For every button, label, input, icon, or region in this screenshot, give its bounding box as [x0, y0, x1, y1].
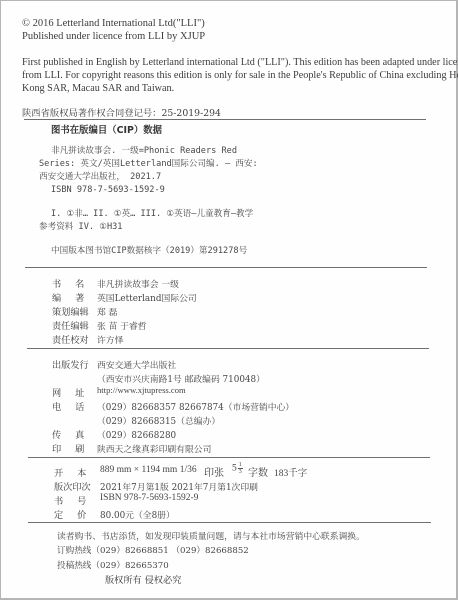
publisher-address: （西安市兴庆南路1号 邮政编码 710048） [97, 372, 265, 385]
cip-record-number: 中国版本图书馆CIP数据核字（2019）第291278号 [51, 245, 247, 258]
format-value: 889 mm × 1194 mm 1/36 [100, 465, 197, 475]
sheets-whole: 5 [232, 464, 237, 474]
publisher-label: 出版发行 [52, 357, 89, 371]
credit-value-title: 非凡拼读故事会 一级 [97, 277, 179, 290]
cip-heading: 图书在版编目（CIP）数据 [51, 122, 162, 136]
edition-value: 2021年7月第1版 2021年7月第1次印刷 [100, 480, 258, 493]
credit-value-proofreader: 许方怿 [97, 333, 123, 346]
publisher-name: 西安交通大学出版社 [97, 358, 176, 371]
cip-isbn: ISBN 978-7-5693-1592-9 [51, 184, 165, 197]
divider [27, 348, 429, 349]
rights-reserved: 版权所有 侵权必究 [105, 572, 181, 586]
credit-value-planning-editor: 郑 磊 [97, 305, 117, 318]
price-label: 定价 [54, 507, 100, 521]
printer-name: 陕西天之缘真彩印刷有限公司 [97, 442, 211, 455]
credit-label-planning-editor: 策划编辑 [52, 304, 89, 318]
copyright-line: © 2016 Letterland International Ltd("LLI… [22, 17, 205, 30]
divider [28, 457, 430, 458]
copyright-page: © 2016 Letterland International Ltd("LLI… [0, 0, 458, 600]
fax-label: 传真 [52, 427, 98, 441]
credit-label-author: 编著 [52, 290, 98, 304]
cip-line: 非凡拼读故事会. 一级=Phonic Readers Red [51, 145, 237, 158]
sheets-label: 印张 [204, 464, 224, 479]
publisher-licence-line: Published under licence from LLI by XJUP [22, 30, 205, 43]
isbn-label: 书号 [54, 493, 100, 507]
word-count-value: 183千字 [274, 465, 307, 479]
license-notice-line-3: Kong SAR, Macau SAR and Taiwan. [22, 82, 174, 95]
cip-line: Series: 英文/英国Letterland国际公司编. — 西安: [39, 158, 258, 171]
divider [28, 522, 431, 523]
license-notice-line-1: First published in English by Letterland… [22, 56, 458, 69]
website-link[interactable]: http://www.xjtupress.com [97, 385, 186, 395]
website-label: 网址 [52, 385, 98, 399]
cip-classification: I. ①非… II. ①英… III. ①英语—儿童教育—教学 [51, 208, 253, 221]
phone-label: 电话 [52, 399, 98, 413]
fax-number: （029）82668280 [97, 428, 176, 441]
cip-line: 西安交通大学出版社， 2021.7 [39, 171, 161, 184]
cip-classification: 参考资料 IV. ①H31 [39, 221, 122, 234]
word-count-label: 字数 [248, 464, 268, 479]
order-hotline: 订购热线（029）82668851 （029）82668852 [57, 544, 249, 556]
phone-editorial: （029）82668315（总编办） [97, 414, 220, 427]
printer-label: 印刷 [52, 441, 98, 455]
divider [24, 119, 426, 120]
credit-label-proofreader: 责任校对 [52, 332, 89, 346]
phone-marketing: （029）82668357 82667874（市场营销中心） [97, 400, 294, 413]
quality-notice: 读者购书、书店添货，如发现印装质量问题，请与本社市场营销中心联系调换。 [57, 529, 365, 542]
license-notice-line-2: from LLI. For copyright reasons this edi… [22, 69, 458, 82]
divider [25, 267, 427, 268]
isbn-value: ISBN 978-7-5693-1592-9 [100, 493, 198, 503]
submission-hotline: 投稿热线（029）82665370 [57, 559, 169, 571]
credit-value-responsible-editor: 张 苗 于睿哲 [97, 319, 147, 332]
sheets-fraction: 13 [238, 462, 243, 475]
sheets-value: 513 [232, 462, 244, 475]
credit-label-title: 书名 [52, 276, 98, 290]
credit-value-author: 英国Letterland国际公司 [97, 291, 197, 304]
credit-label-responsible-editor: 责任编辑 [52, 318, 89, 332]
format-label: 开本 [54, 465, 100, 479]
edition-label: 版次印次 [54, 479, 91, 493]
price-value: 80.00元（全8册） [100, 508, 175, 521]
